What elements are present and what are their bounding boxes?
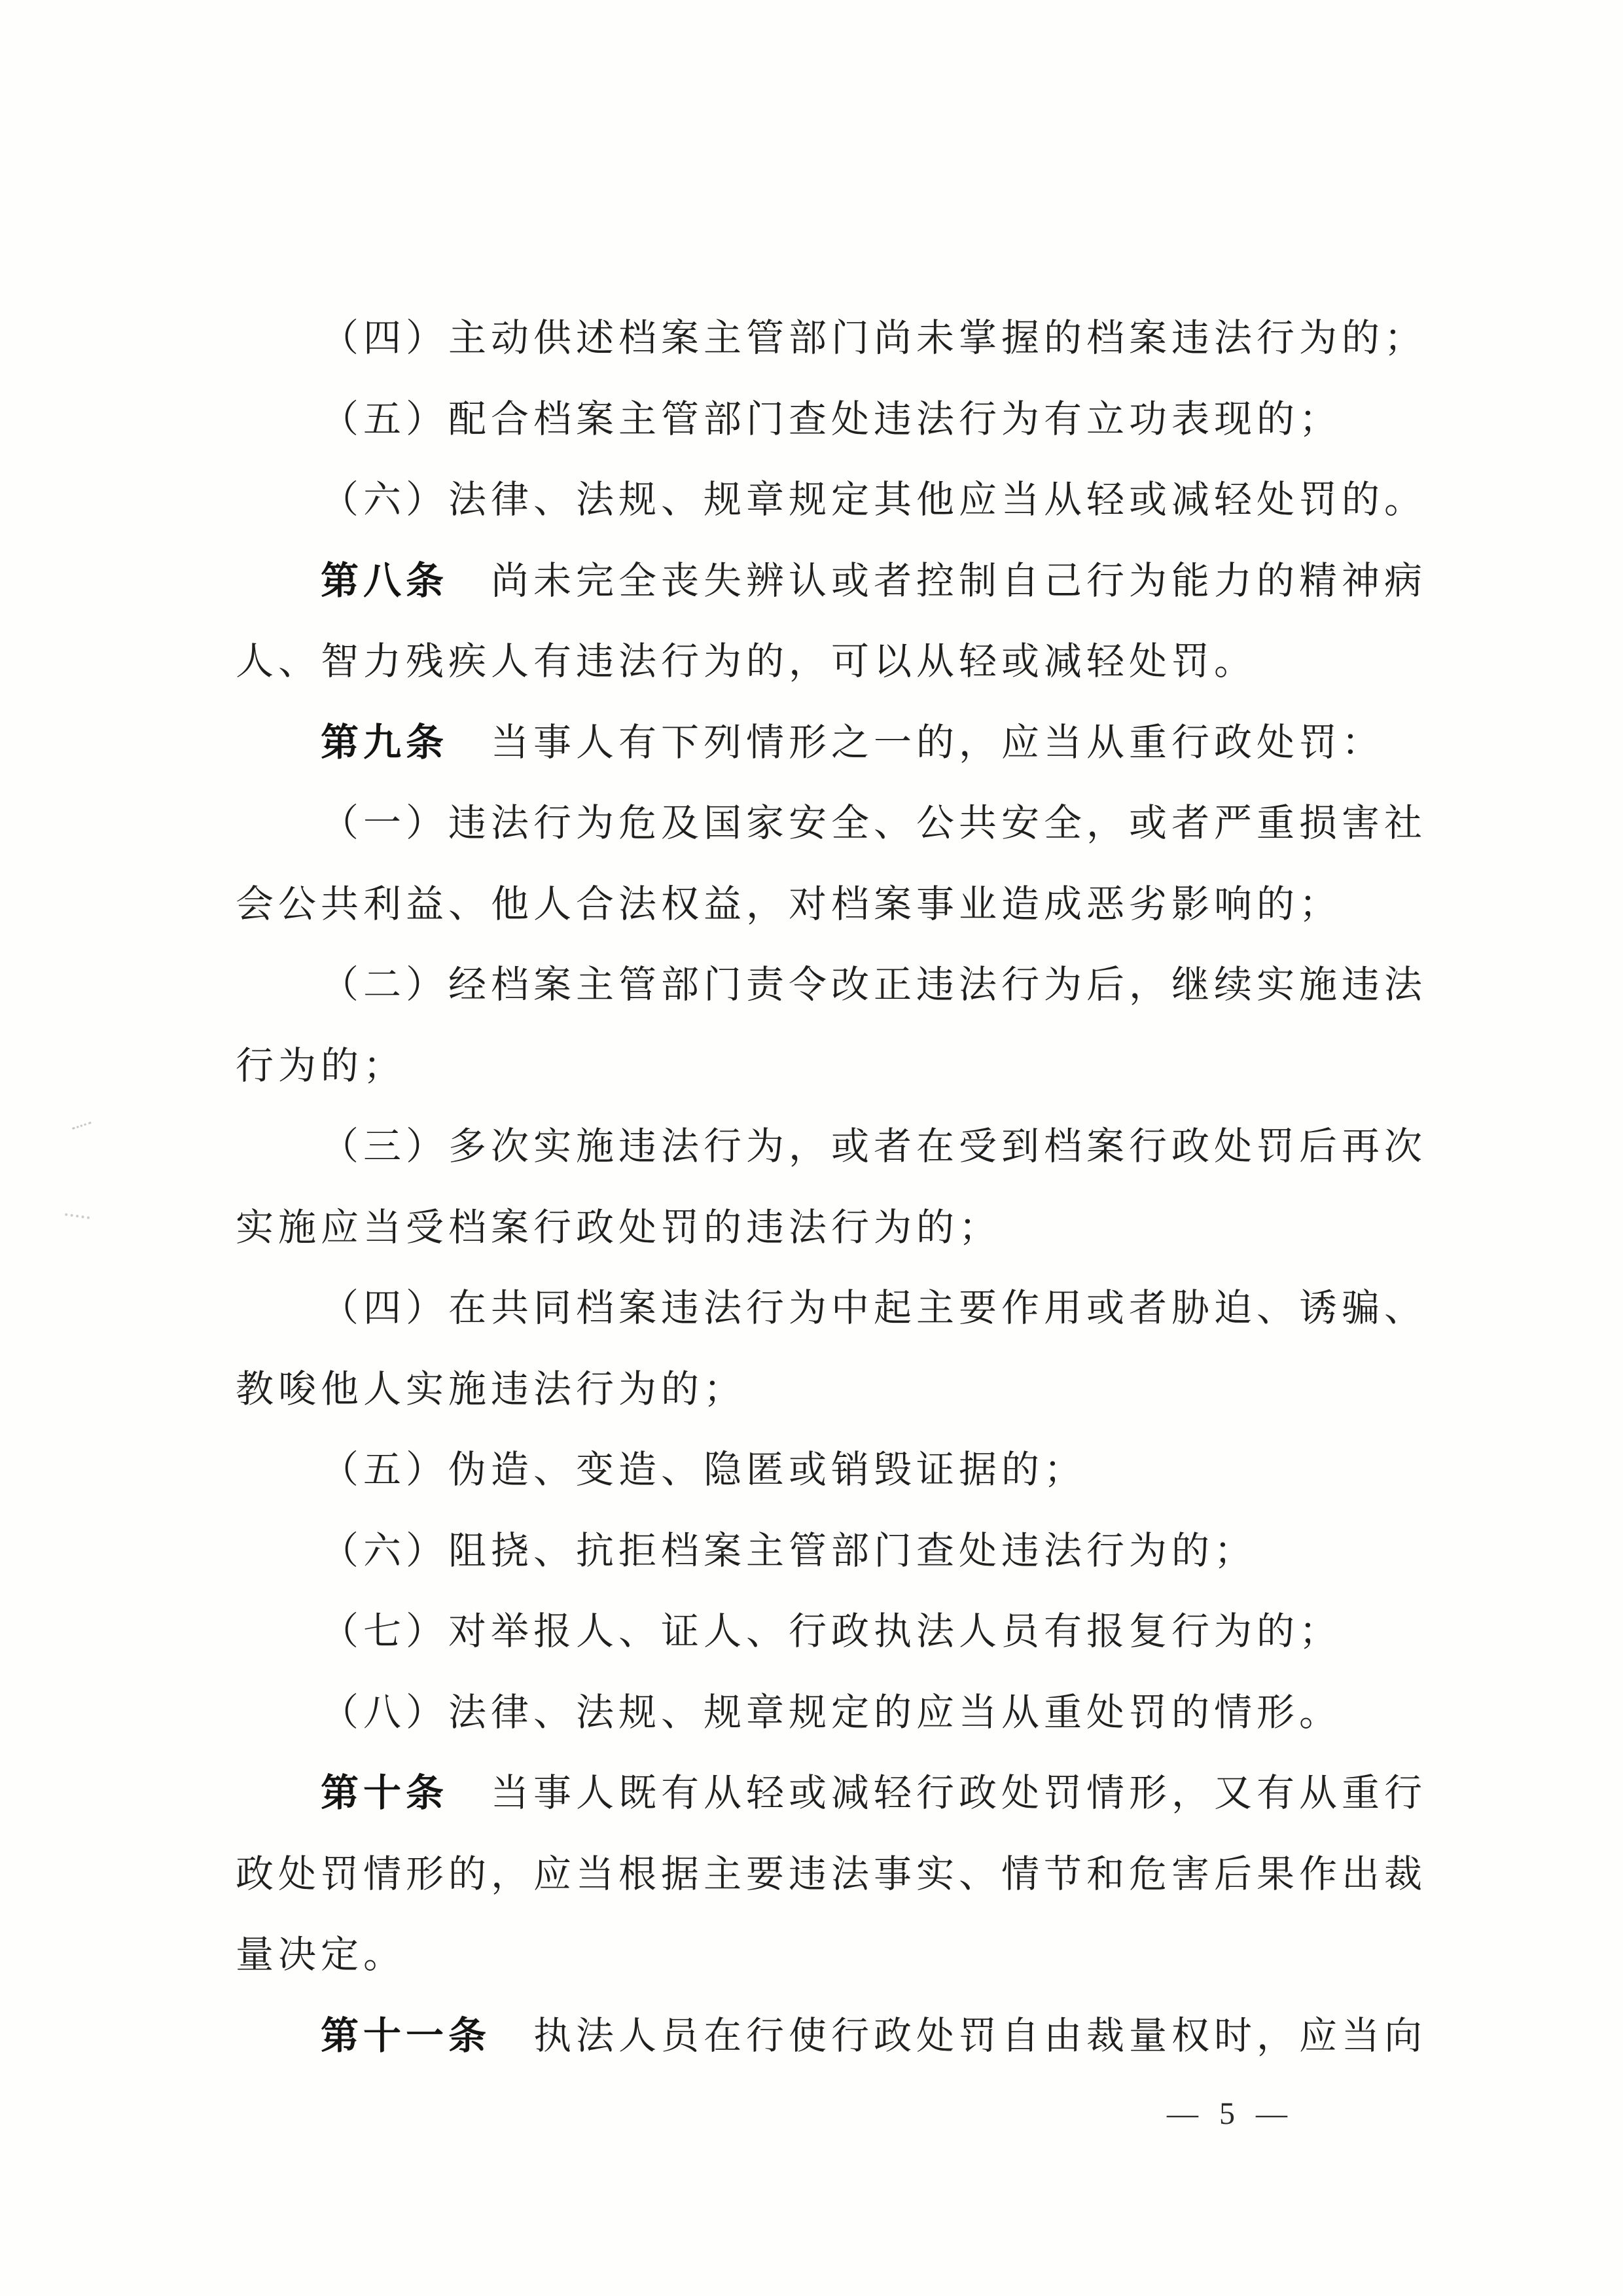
body-text: （四）在共同档案违法行为中起主要作用或者胁迫、诱骗、	[321, 1287, 1427, 1329]
text-line: （六）阻挠、抗拒档案主管部门查处违法行为的；	[236, 1511, 1479, 1592]
body-text: （八）法律、法规、规章规定的应当从重处罚的情形。	[321, 1691, 1342, 1734]
body-text: （五）配合档案主管部门查处违法行为有立功表现的；	[321, 398, 1342, 440]
body-text: （四）主动供述档案主管部门尚未掌握的档案违法行为的；	[321, 317, 1427, 359]
text-line: （一）违法行为危及国家安全、公共安全，或者严重损害社	[236, 783, 1479, 864]
text-line: （四）主动供述档案主管部门尚未掌握的档案违法行为的；	[236, 298, 1479, 379]
text-line: 人、智力残疾人有违法行为的，可以从轻或减轻处罚。	[236, 621, 1479, 702]
article-number: 第九条	[321, 720, 448, 764]
text-line: （四）在共同档案违法行为中起主要作用或者胁迫、诱骗、	[236, 1268, 1479, 1349]
body-text: 人、智力残疾人有违法行为的，可以从轻或减轻处罚。	[236, 640, 1257, 683]
body-text: 实施应当受档案行政处罚的违法行为的；	[236, 1206, 1001, 1249]
text-line: （五）伪造、变造、隐匿或销毁证据的；	[236, 1429, 1479, 1511]
text-line: 第十一条 执法人员在行使行政处罚自由裁量权时，应当向	[236, 1996, 1479, 2077]
text-line: （三）多次实施违法行为，或者在受到档案行政处罚后再次	[236, 1106, 1479, 1187]
body-text: （二）经档案主管部门责令改正违法行为后，继续实施违法	[321, 963, 1427, 1006]
body-text: （六）法律、法规、规章规定其他应当从轻或减轻处罚的。	[321, 478, 1427, 521]
text-line: （八）法律、法规、规章规定的应当从重处罚的情形。	[236, 1672, 1479, 1753]
scan-speckle	[63, 1213, 90, 1229]
body-text: （五）伪造、变造、隐匿或销毁证据的；	[321, 1448, 1086, 1491]
document-page: （四）主动供述档案主管部门尚未掌握的档案违法行为的；（五）配合档案主管部门查处违…	[0, 0, 1623, 2296]
body-text: 教唆他人实施违法行为的；	[236, 1368, 746, 1410]
text-line: 第十条 当事人既有从轻或减轻行政处罚情形，又有从重行	[236, 1753, 1479, 1834]
body-text: 当事人既有从轻或减轻行政处罚情形，又有从重行	[448, 1772, 1427, 1814]
body-text: 行为的；	[236, 1045, 406, 1087]
document-text: （四）主动供述档案主管部门尚未掌握的档案违法行为的；（五）配合档案主管部门查处违…	[236, 298, 1479, 2076]
body-text: 会公共利益、他人合法权益，对档案事业造成恶劣影响的；	[236, 883, 1342, 925]
body-text: （六）阻挠、抗拒档案主管部门查处违法行为的；	[321, 1530, 1257, 1572]
body-text: 尚未完全丧失辨认或者控制自己行为能力的精神病	[448, 560, 1427, 602]
body-text: 政处罚情形的，应当根据主要违法事实、情节和危害后果作出裁	[236, 1853, 1427, 1895]
text-line: 会公共利益、他人合法权益，对档案事业造成恶劣影响的；	[236, 864, 1479, 945]
text-line: （七）对举报人、证人、行政执法人员有报复行为的；	[236, 1591, 1479, 1672]
page-number: — 5 —	[1152, 2081, 1309, 2147]
body-text: 当事人有下列情形之一的，应当从重行政处罚：	[448, 721, 1384, 764]
text-line: 量决定。	[236, 1914, 1479, 1996]
article-number: 第十一条	[321, 2013, 491, 2058]
text-line: （六）法律、法规、规章规定其他应当从轻或减轻处罚的。	[236, 459, 1479, 541]
article-number: 第八条	[321, 558, 448, 603]
text-line: 第八条 尚未完全丧失辨认或者控制自己行为能力的精神病	[236, 541, 1479, 622]
body-text: （一）违法行为危及国家安全、公共安全，或者严重损害社	[321, 802, 1427, 844]
text-line: 第九条 当事人有下列情形之一的，应当从重行政处罚：	[236, 702, 1479, 783]
text-line: 教唆他人实施违法行为的；	[236, 1349, 1479, 1430]
body-text: 量决定。	[236, 1933, 406, 1976]
text-line: （二）经档案主管部门责令改正违法行为后，继续实施违法	[236, 944, 1479, 1026]
body-text: （七）对举报人、证人、行政执法人员有报复行为的；	[321, 1610, 1342, 1653]
body-text: 执法人员在行使行政处罚自由裁量权时，应当向	[491, 2015, 1427, 2057]
scan-speckle	[72, 1122, 94, 1138]
article-number: 第十条	[321, 1770, 448, 1815]
text-line: （五）配合档案主管部门查处违法行为有立功表现的；	[236, 379, 1479, 460]
text-line: 实施应当受档案行政处罚的违法行为的；	[236, 1187, 1479, 1268]
body-text: （三）多次实施违法行为，或者在受到档案行政处罚后再次	[321, 1125, 1427, 1168]
text-line: 行为的；	[236, 1026, 1479, 1107]
text-line: 政处罚情形的，应当根据主要违法事实、情节和危害后果作出裁	[236, 1834, 1479, 1915]
